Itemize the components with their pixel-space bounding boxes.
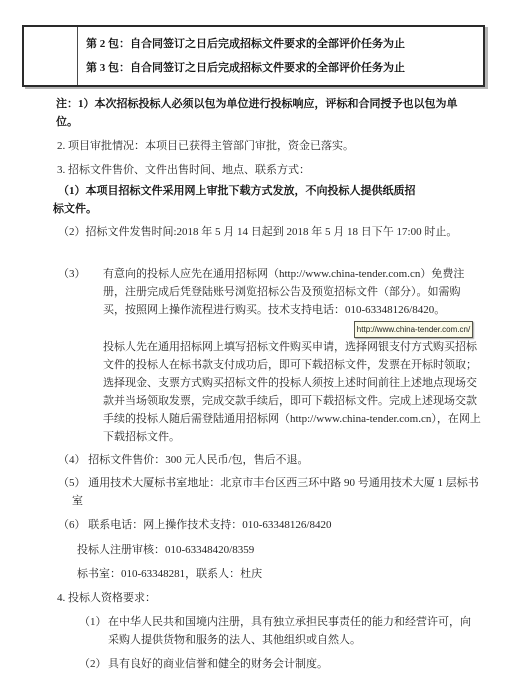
list-marker-q1: （1） [79, 613, 108, 631]
section-2-project-approval: 2. 项目审批情况：本项目已获得主管部门审批，资金已落实。 [57, 137, 487, 155]
section-3-item-3-purchase-paragraph: 投标人先在通用招标网上填写招标文件购买申请，选择网银支付方式购买招标文件的投标人… [103, 338, 487, 446]
note-paragraph: 注：1）本次招标投标人必须以包为单位进行投标响应，评标和合同授予也以包为单位。 [56, 95, 464, 131]
section-4-heading: 4. 投标人资格要求： [57, 589, 477, 607]
qualification-item-1: （1） 在中华人民共和国境内注册，具有独立承担民事责任的能力和经营许可，向采购人… [79, 613, 480, 649]
contact-registration-review: 投标人注册审核：010-63348420/8359 [77, 541, 477, 559]
section-3-item-3-text: 有意向的投标人应先在通用招标网（http://www.china-tender.… [103, 265, 480, 319]
qualification-item-1-text: 在中华人民共和国境内注册，具有独立承担民事责任的能力和经营许可，向采购人提供货物… [108, 613, 480, 649]
section-3-item-2-sale-time: （2）招标文件发售时间:2018 年 5 月 14 日起到 2018 年 5 月… [53, 223, 489, 241]
table-row-package-3: 第 3 包：自合同签订之日后完成招标文件要求的全部评价任务为止 [86, 59, 477, 77]
package-duration-table: 第 2 包：自合同签订之日后完成招标文件要求的全部评价任务为止 第 3 包：自合… [22, 25, 485, 87]
section-3-item-6-contact-phone: （6） 联系电话：网上操作技术支持：010-63348126/8420 [58, 516, 478, 534]
qualification-item-2: （2） 具有良好的商业信誉和健全的财务会计制度。 [79, 655, 480, 673]
section-3-item-3-registration: （3） 有意向的投标人应先在通用招标网（http://www.china-ten… [58, 265, 480, 319]
table-duration-cell: 第 2 包：自合同签订之日后完成招标文件要求的全部评价任务为止 第 3 包：自合… [78, 27, 483, 85]
section-3-heading: 3. 招标文件售价、文件出售时间、地点、联系方式： [57, 161, 487, 179]
contact-bid-document-room: 标书室：010-63348281，联系人：杜庆 [77, 565, 477, 583]
section-3-item-4-price: （4） 招标文件售价：300 元人民币/包，售后不退。 [58, 451, 478, 469]
section-3-item-5-address: （5） 通用技术大厦标书室地址：北京市丰台区西三环中路 90 号通用技术大厦 1… [72, 474, 480, 510]
document-page: 第 2 包：自合同签订之日后完成招标文件要求的全部评价任务为止 第 3 包：自合… [0, 0, 512, 700]
section-3-item-1: （1）本项目招标文件采用网上审批下载方式发放，不向投标人提供纸质招标文件。 [53, 182, 425, 218]
url-tooltip: http://www.china-tender.com.cn/ [354, 321, 473, 338]
list-marker-q2: （2） [79, 655, 108, 673]
list-marker-3: （3） [58, 265, 103, 283]
qualification-item-2-text: 具有良好的商业信誉和健全的财务会计制度。 [108, 655, 480, 673]
table-empty-header-cell [24, 27, 78, 85]
table-row-package-2: 第 2 包：自合同签订之日后完成招标文件要求的全部评价任务为止 [86, 35, 477, 53]
